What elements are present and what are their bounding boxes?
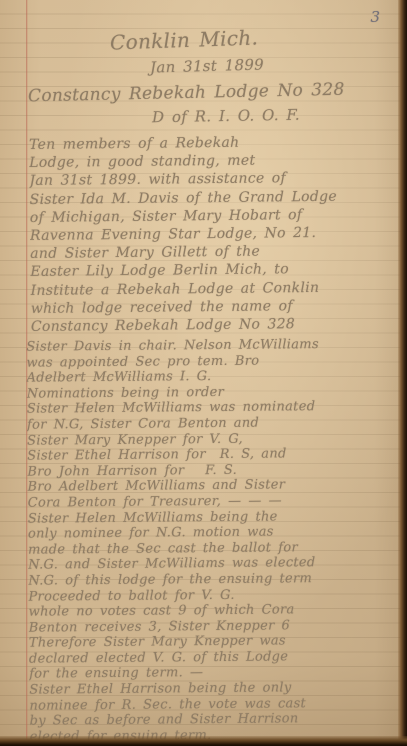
minutes-paragraph-elections: Sister Davis in chair. Nelson McWilliams… <box>26 336 404 745</box>
header-lodge-name-line: Constancy Rebekah Lodge No 328 <box>28 80 345 107</box>
header-date-line: Jan 31st 1899 <box>150 56 264 77</box>
handwritten-line: Constancy Rebekah Lodge No 328 <box>31 314 401 336</box>
ledger-page-scan: 3 Conklin Mich. Jan 31st 1899 Constancy … <box>0 0 407 746</box>
book-edge-bottom <box>0 736 407 746</box>
minutes-paragraph-institution: Ten members of a RebekahLodge, in good s… <box>29 132 401 336</box>
page-number: 3 <box>370 8 380 26</box>
header-place-line: Conklin Mich. <box>110 25 259 54</box>
header-organization-line: D of R. I. O. O. F. <box>152 106 300 127</box>
book-edge-right <box>398 0 407 746</box>
